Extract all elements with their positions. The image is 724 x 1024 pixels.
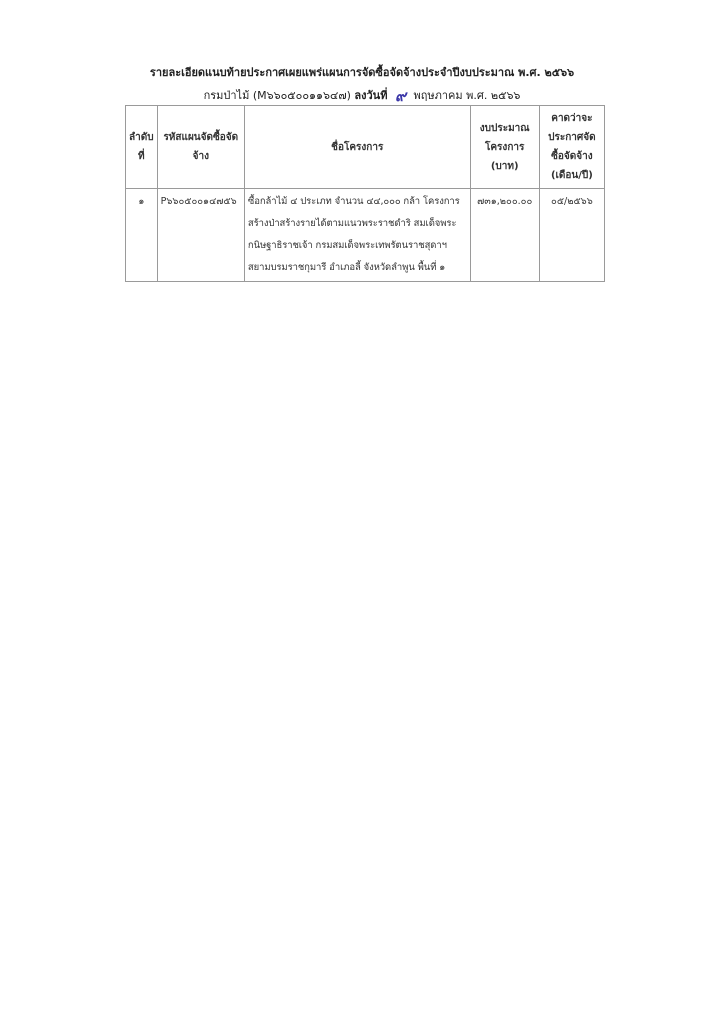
date-label: ลงวันที่: [354, 89, 387, 102]
procurement-plan-table: ลำดับที่ รหัสแผนจัดซื้อจัดจ้าง ชื่อโครงก…: [125, 105, 605, 282]
header-project-name: ชื่อโครงการ: [244, 106, 470, 189]
department-code: กรมป่าไม้ (M๖๖๐๕๐๐๑๑๖๔๗): [204, 89, 351, 102]
header-no: ลำดับที่: [126, 106, 158, 189]
header-budget: งบประมาณโครงการ (บาท): [470, 106, 539, 189]
cell-budget: ๗๓๑,๒๐๐.๐๐: [470, 189, 539, 282]
table-header-row: ลำดับที่ รหัสแผนจัดซื้อจัดจ้าง ชื่อโครงก…: [126, 106, 605, 189]
table-row: ๑ P๖๖๐๕๐๐๑๔๗๕๖ ซื้อกล้าไม้ ๔ ประเภท จำนว…: [126, 189, 605, 282]
document-title: รายละเอียดแนบท้ายประกาศเผยแพร่แผนการจัดซ…: [0, 63, 724, 81]
cell-plan-code: P๖๖๐๕๐๐๑๔๗๕๖: [157, 189, 244, 282]
cell-project-name: ซื้อกล้าไม้ ๔ ประเภท จำนวน ๔๔,๐๐๐ กล้า โ…: [244, 189, 470, 282]
month-year: พฤษภาคม พ.ศ. ๒๕๖๖: [413, 89, 520, 102]
cell-no: ๑: [126, 189, 158, 282]
cell-announce-date: ๐๕/๒๕๖๖: [539, 189, 604, 282]
header-plan-code: รหัสแผนจัดซื้อจัดจ้าง: [157, 106, 244, 189]
header-announce-date: คาดว่าจะประกาศจัดซื้อจัดจ้าง (เดือน/ปี): [539, 106, 604, 189]
